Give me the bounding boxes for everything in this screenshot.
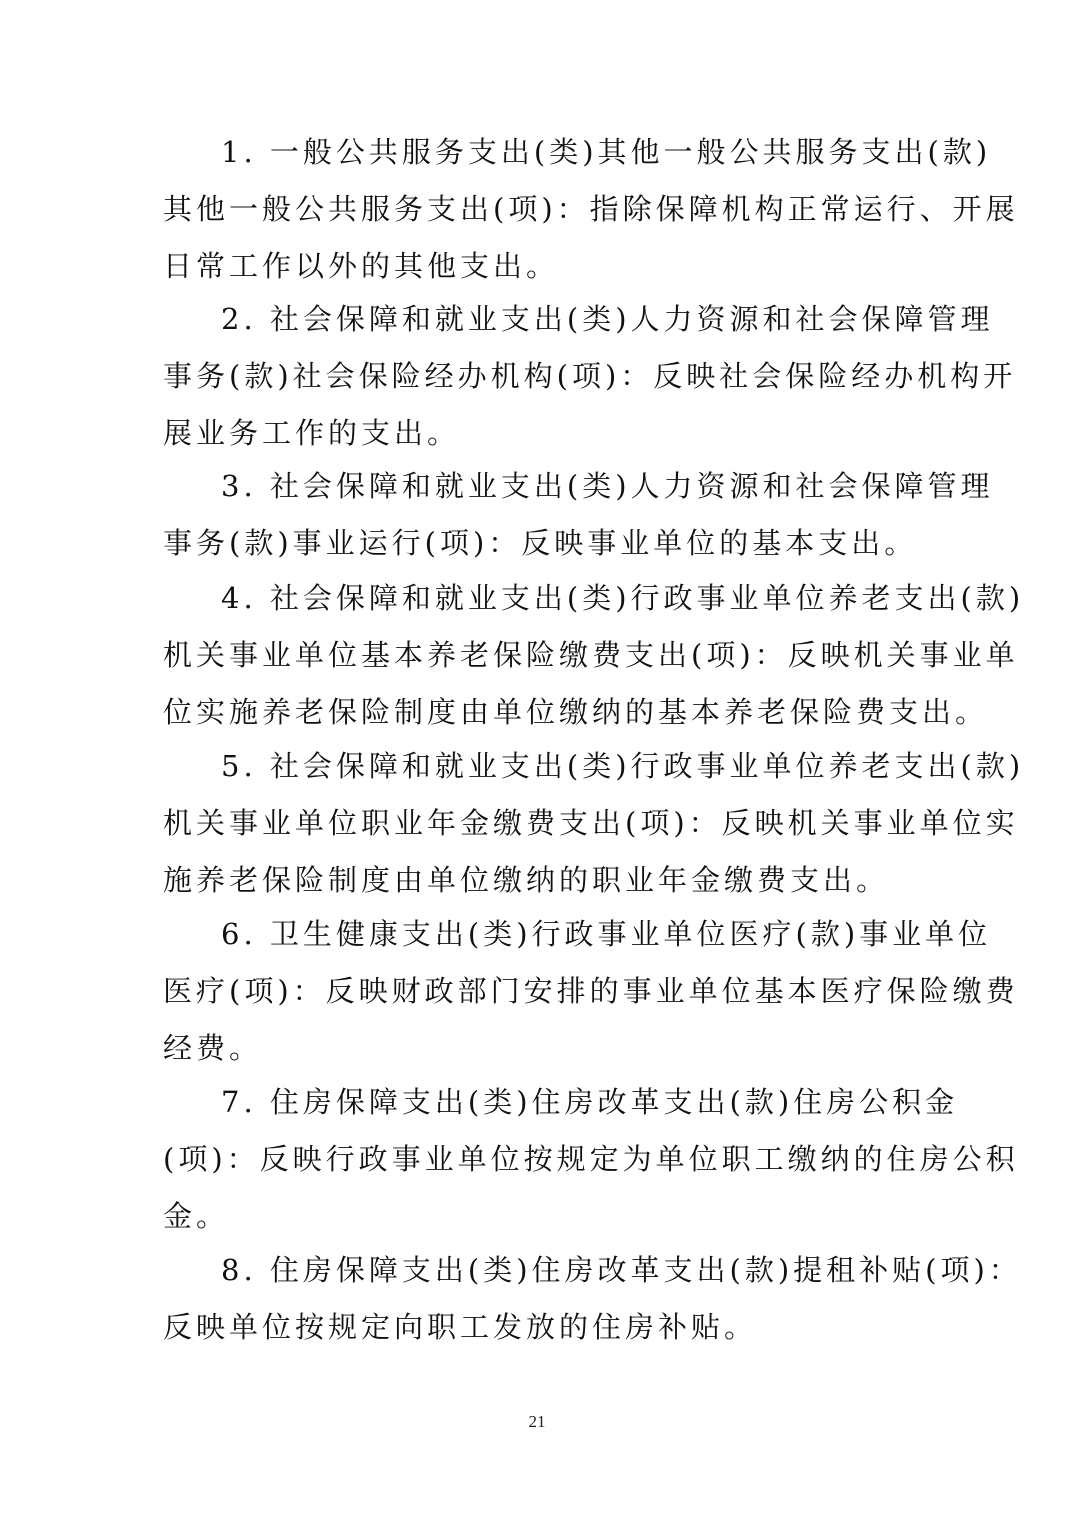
paragraph-line: (项)：反映行政事业单位按规定为单位职工缴纳的住房公积	[163, 1131, 923, 1188]
paragraph-line: 3. 社会保障和就业支出(类)人力资源和社会保障管理	[163, 458, 923, 515]
paragraph-line: 4. 社会保障和就业支出(类)行政事业单位养老支出(款)	[163, 570, 923, 627]
paragraph-line: 经费。	[163, 1020, 923, 1077]
document-page: 1. 一般公共服务支出(类)其他一般公共服务支出(款) 其他一般公共服务支出(项…	[0, 0, 1074, 1520]
paragraph-line: 金。	[163, 1188, 923, 1245]
paragraph-6: 6. 卫生健康支出(类)行政事业单位医疗(款)事业单位 医疗(项)：反映财政部门…	[163, 906, 923, 1077]
paragraph-line: 8. 住房保障支出(类)住房改革支出(款)提租补贴(项)：	[163, 1242, 923, 1299]
paragraph-line: 机关事业单位职业年金缴费支出(项)：反映机关事业单位实	[163, 795, 923, 852]
paragraph-line: 机关事业单位基本养老保险缴费支出(项)：反映机关事业单	[163, 627, 923, 684]
paragraph-1: 1. 一般公共服务支出(类)其他一般公共服务支出(款) 其他一般公共服务支出(项…	[163, 124, 923, 295]
paragraph-line: 5. 社会保障和就业支出(类)行政事业单位养老支出(款)	[163, 738, 923, 795]
paragraph-line: 医疗(项)：反映财政部门安排的事业单位基本医疗保险缴费	[163, 963, 923, 1020]
paragraph-line: 6. 卫生健康支出(类)行政事业单位医疗(款)事业单位	[163, 906, 923, 963]
paragraph-4: 4. 社会保障和就业支出(类)行政事业单位养老支出(款) 机关事业单位基本养老保…	[163, 570, 923, 741]
paragraph-line: 事务(款)事业运行(项)：反映事业单位的基本支出。	[163, 515, 923, 572]
paragraph-7: 7. 住房保障支出(类)住房改革支出(款)住房公积金 (项)：反映行政事业单位按…	[163, 1074, 923, 1245]
paragraph-line: 1. 一般公共服务支出(类)其他一般公共服务支出(款)	[163, 124, 923, 181]
paragraph-line: 展业务工作的支出。	[163, 405, 923, 462]
paragraph-line: 反映单位按规定向职工发放的住房补贴。	[163, 1299, 923, 1356]
paragraph-line: 7. 住房保障支出(类)住房改革支出(款)住房公积金	[163, 1074, 923, 1131]
paragraph-line: 事务(款)社会保险经办机构(项)：反映社会保险经办机构开	[163, 348, 923, 405]
paragraph-3: 3. 社会保障和就业支出(类)人力资源和社会保障管理 事务(款)事业运行(项)：…	[163, 458, 923, 572]
paragraph-line: 日常工作以外的其他支出。	[163, 238, 923, 295]
paragraph-line: 位实施养老保险制度由单位缴纳的基本养老保险费支出。	[163, 684, 923, 741]
paragraph-line: 施养老保险制度由单位缴纳的职业年金缴费支出。	[163, 852, 923, 909]
paragraph-8: 8. 住房保障支出(类)住房改革支出(款)提租补贴(项)： 反映单位按规定向职工…	[163, 1242, 923, 1356]
page-number: 21	[0, 1412, 1074, 1432]
paragraph-2: 2. 社会保障和就业支出(类)人力资源和社会保障管理 事务(款)社会保险经办机构…	[163, 291, 923, 462]
paragraph-line: 2. 社会保障和就业支出(类)人力资源和社会保障管理	[163, 291, 923, 348]
paragraph-5: 5. 社会保障和就业支出(类)行政事业单位养老支出(款) 机关事业单位职业年金缴…	[163, 738, 923, 909]
paragraph-line: 其他一般公共服务支出(项)：指除保障机构正常运行、开展	[163, 181, 923, 238]
